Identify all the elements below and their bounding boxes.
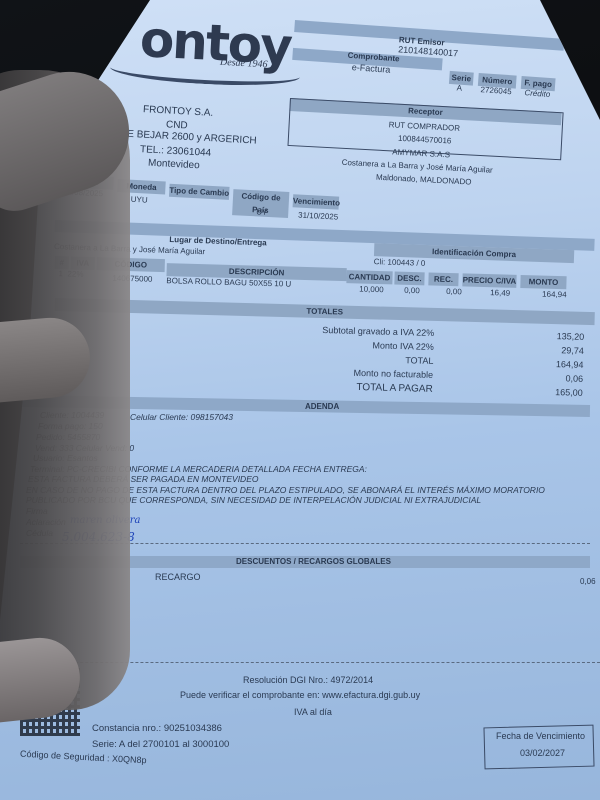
adenda-celular-cliente: Celular Cliente: 098157043 [130, 412, 233, 422]
cell-desc: 0,00 [404, 286, 420, 295]
adenda-header: ADENDA [305, 402, 339, 411]
recargo-value: 0,06 [580, 577, 596, 586]
moneda-value: UYU [131, 195, 148, 205]
vencimiento-label: Fecha de Vencimiento [496, 731, 585, 741]
col-desc-header: DESC. [394, 271, 424, 285]
total-label: TOTAL [405, 355, 433, 366]
vencimiento-value: 31/10/2025 [298, 211, 338, 222]
cell-monto: 164,94 [542, 290, 567, 300]
codigo-seguridad: Código de Seguridad : X0QN8p [20, 749, 147, 766]
comprobante-value: e-Factura [352, 62, 391, 75]
iva-al-dia: IVA al día [294, 707, 332, 717]
col-precio-header: PRECIO C/IVA [462, 273, 516, 288]
serie-rango: Serie: A del 2700101 al 3000100 [92, 739, 229, 750]
recargo-label: RECARGO [155, 572, 201, 582]
cell-rec: 0,00 [446, 287, 462, 296]
no-facturable-label: Monto no facturable [353, 368, 433, 380]
iva-label: Monto IVA 22% [372, 340, 434, 352]
issuer-phone: TEL.: 23061044 [140, 144, 212, 159]
constancia: Constancia nro.: 90251034386 [92, 723, 222, 734]
col-rec-header: REC. [428, 272, 458, 286]
receptor-city: Maldonado, MALDONADO [376, 173, 472, 187]
codigo-pais-value: UY [256, 207, 268, 217]
cell-cantidad: 10,000 [359, 285, 384, 295]
total-pagar-value: 165,00 [555, 387, 583, 398]
col-cantidad-header: CANTIDAD [346, 270, 392, 284]
totals-section: TOTALES Subtotal gravado a IVA 22% 135,2… [52, 298, 594, 412]
receptor-name: AMYMAR S.A.S [392, 147, 450, 159]
issuer-name: FRONTOY S.A. [143, 104, 214, 119]
iva-value: 29,74 [561, 345, 584, 356]
total-value: 164,94 [556, 359, 584, 370]
vencimiento-header: Vencimiento [293, 194, 340, 209]
receptor-address: Costanera a La Barra y José María Aguila… [341, 158, 492, 175]
subtotal-label: Subtotal gravado a IVA 22% [322, 325, 434, 338]
forma-pago-value: Crédito [524, 88, 550, 99]
verificar-link[interactable]: Puede verificar el comprobante en: www.e… [180, 690, 420, 700]
issuer-line2: CND [166, 119, 188, 131]
numero-value: 2726045 [480, 85, 512, 96]
no-facturable-value: 0,06 [565, 373, 583, 383]
tipo-cambio-header: Tipo de Cambio [169, 184, 230, 200]
issuer-city: Montevideo [148, 158, 200, 172]
subtotal-value: 135,20 [557, 331, 585, 342]
cell-precio: 16,49 [490, 288, 510, 298]
resolucion-dgi: Resolución DGI Nro.: 4972/2014 [243, 675, 373, 685]
vencimiento-value: 03/02/2027 [520, 748, 565, 758]
col-monto-header: MONTO [520, 275, 566, 289]
descuentos-header: DESCUENTOS / RECARGOS GLOBALES [236, 557, 391, 566]
serie-value: A [456, 83, 462, 92]
total-pagar-label: TOTAL A PAGAR [356, 382, 433, 395]
